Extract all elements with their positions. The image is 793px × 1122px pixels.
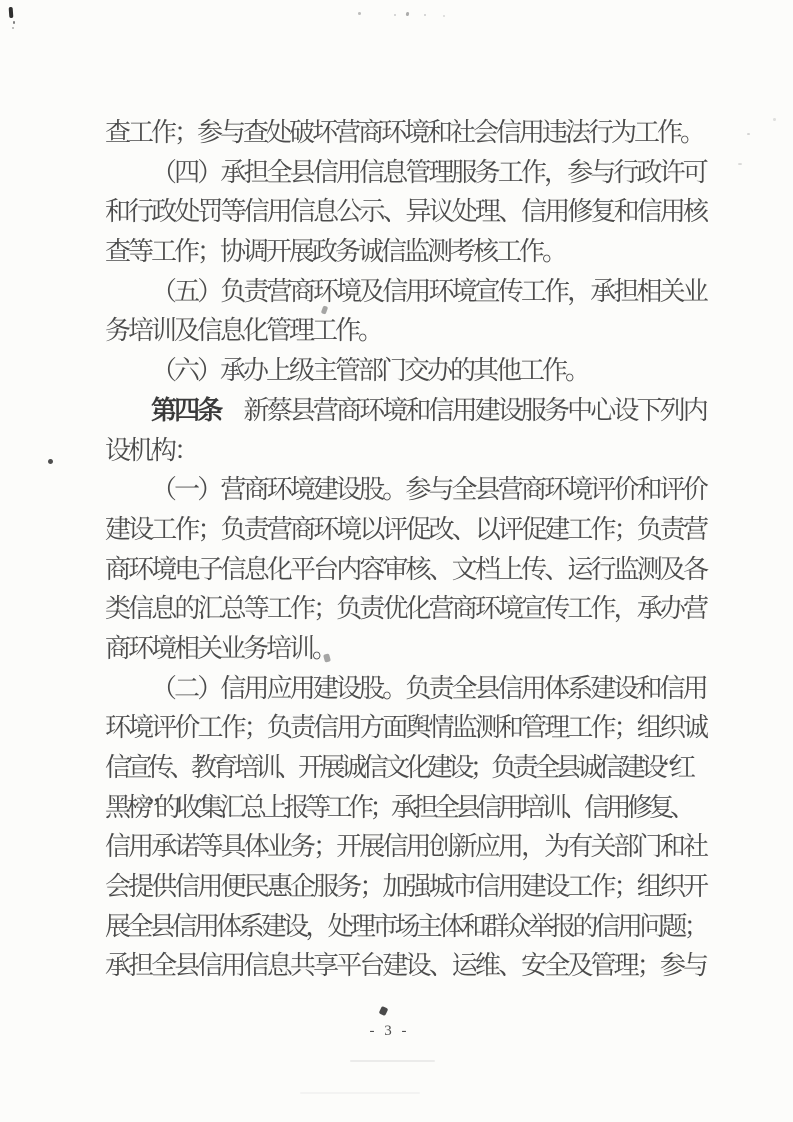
text-line: 商环境相关业务培训。: [105, 629, 706, 669]
scan-artifact: [300, 1092, 420, 1094]
text-line: 承担全县信用信息共享平台建设、运维、安全及管理；参与: [105, 946, 706, 986]
scan-artifact: [747, 133, 750, 135]
scan-artifact: [773, 118, 776, 121]
scan-artifact: [358, 12, 361, 15]
scan-artifact: [424, 14, 426, 16]
text-line: 商环境电子信息化平台内容审核、文档上传、运行监测及各: [105, 550, 706, 590]
article-number: 第四条: [151, 395, 220, 425]
text-line: （六）承办上级主管部门交办的其他工作。: [105, 351, 706, 391]
text-line: （四）承担全县信用信息管理服务工作，参与行政许可: [105, 153, 706, 193]
text-line: 和行政处罚等信用信息公示、异议处理、信用修复和信用核: [105, 192, 706, 232]
scan-artifact: [406, 12, 410, 16]
page-number: - 3 -: [0, 1023, 786, 1040]
text-line: 建设工作；负责营商环境以评促改、以评促建工作；负责营: [105, 510, 706, 550]
document-page: 查工作；参与查处破坏营商环境和社会信用违法行为工作。（四）承担全县信用信息管理服…: [0, 0, 793, 1122]
scan-artifact: [443, 15, 445, 17]
text-line: 设机构：: [105, 431, 706, 471]
scan-artifact: [738, 163, 742, 165]
text-line: 环境评价工作；负责信用方面舆情监测和管理工作；组织诚: [105, 708, 706, 748]
scan-artifact: [48, 459, 53, 464]
text-line: 黑榜”的收集汇总上报等工作；承担全县信用培训、信用修复、: [105, 788, 706, 828]
text-line: （二）信用应用建设股。负责全县信用体系建设和信用: [105, 669, 706, 709]
scan-artifact: [12, 27, 14, 29]
text-line: 务培训及信息化管理工作。: [105, 311, 706, 351]
document-body: 查工作；参与查处破坏营商环境和社会信用违法行为工作。（四）承担全县信用信息管理服…: [105, 113, 706, 986]
text-line: 类信息的汇总等工作；负责优化营商环境宣传工作，承办营: [105, 589, 706, 629]
scan-artifact: [350, 1060, 435, 1062]
scan-artifact: [9, 7, 14, 18]
text-line: （五）负责营商环境及信用环境宣传工作，承担相关业: [105, 272, 706, 312]
scan-artifact: [13, 21, 15, 24]
scan-artifact: [379, 1006, 389, 1016]
text-line: 信用承诺等具体业务；开展信用创新应用，为有关部门和社: [105, 827, 706, 867]
text-line: 查等工作；协调开展政务诚信监测考核工作。: [105, 232, 706, 272]
text-line: 信宣传、教育培训、开展诚信文化建设；负责全县诚信建设“红: [105, 748, 706, 788]
text-line: 会提供信用便民惠企服务；加强城市信用建设工作；组织开: [105, 867, 706, 907]
text-line: 展全县信用体系建设，处理市场主体和群众举报的信用问题；: [105, 907, 706, 947]
text-line: 查工作；参与查处破坏营商环境和社会信用违法行为工作。: [105, 113, 706, 153]
text-line: 第四条 新蔡县营商环境和信用建设服务中心设下列内: [105, 391, 706, 431]
scan-artifact: [394, 14, 396, 16]
text-line: （一）营商环境建设股。参与全县营商环境评价和评价: [105, 470, 706, 510]
